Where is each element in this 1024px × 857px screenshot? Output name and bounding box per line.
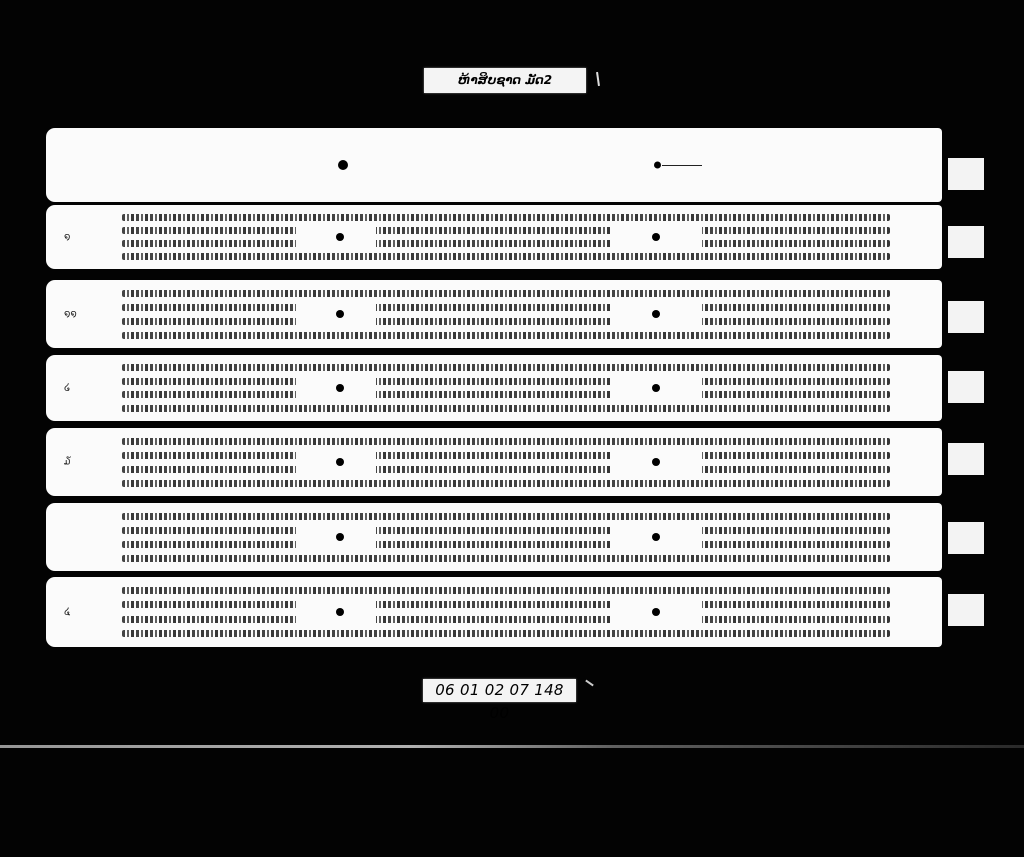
binding-hole-icon bbox=[652, 608, 660, 616]
palm-leaf: ໒ bbox=[46, 355, 942, 421]
script-lines bbox=[122, 509, 890, 565]
palm-leaf bbox=[46, 503, 942, 571]
reel-number-label: 06 01 02 07 148 00 bbox=[423, 679, 576, 702]
film-tab bbox=[948, 522, 984, 554]
script-lines bbox=[122, 583, 890, 641]
title-label: ຫ້າສິບຊາດ ມັດ2 bbox=[424, 68, 586, 93]
palm-leaf: ໔ bbox=[46, 577, 942, 647]
binding-hole-icon bbox=[336, 384, 344, 392]
binding-hole-icon bbox=[338, 160, 348, 170]
binding-hole-icon bbox=[336, 533, 344, 541]
binding-cord bbox=[662, 165, 702, 166]
palm-leaf: ໑໑ bbox=[46, 280, 942, 348]
film-tab bbox=[948, 594, 984, 626]
script-lines bbox=[122, 286, 890, 342]
binding-hole-icon bbox=[336, 608, 344, 616]
palm-leaf-cover bbox=[46, 128, 942, 202]
binding-hole-icon bbox=[652, 310, 660, 318]
binding-hole-icon bbox=[336, 310, 344, 318]
film-edge-line bbox=[0, 745, 1024, 748]
binding-hole-icon bbox=[654, 162, 661, 169]
binding-hole-icon bbox=[652, 458, 660, 466]
film-tab bbox=[948, 443, 984, 475]
film-tab bbox=[948, 301, 984, 333]
palm-leaf: ໑ bbox=[46, 205, 942, 269]
script-lines bbox=[122, 434, 890, 490]
binding-hole-icon bbox=[336, 233, 344, 241]
binding-hole-icon bbox=[652, 533, 660, 541]
film-tab bbox=[948, 371, 984, 403]
film-tab bbox=[948, 158, 984, 190]
script-lines bbox=[122, 361, 890, 415]
leaf-number: ໑ bbox=[64, 232, 70, 243]
binding-hole-icon bbox=[652, 233, 660, 241]
binding-hole-icon bbox=[652, 384, 660, 392]
palm-leaf: ໓ bbox=[46, 428, 942, 496]
film-tab bbox=[948, 226, 984, 258]
leaf-number: ໒ bbox=[64, 383, 70, 394]
binding-hole-icon bbox=[336, 458, 344, 466]
leaf-number: ໔ bbox=[64, 607, 70, 618]
script-lines bbox=[122, 211, 890, 263]
leaf-number: ໑໑ bbox=[64, 309, 77, 320]
leaf-number: ໓ bbox=[64, 457, 71, 468]
